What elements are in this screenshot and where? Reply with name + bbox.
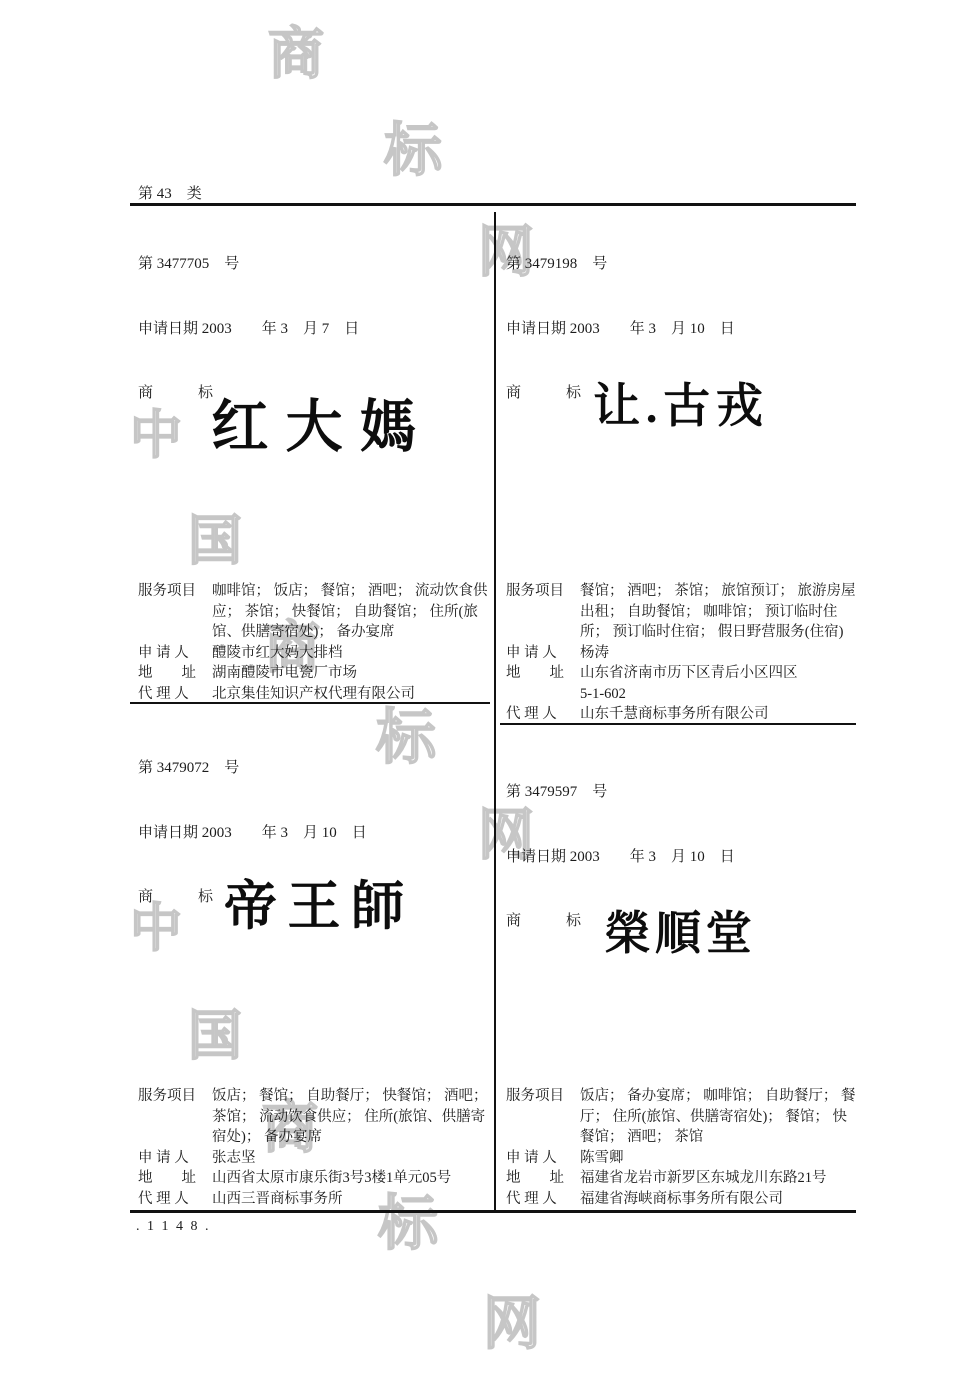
address-label: 地 址 (506, 663, 580, 684)
application-date: 申请日期 2003 年 3 月 10 日 (506, 319, 735, 341)
address-label: 地 址 (506, 1168, 580, 1189)
page-number: . 1 1 4 8 . (136, 1219, 211, 1235)
registration-number: 第 3479072 号 (138, 758, 367, 780)
application-date: 申请日期 2003 年 3 月 7 日 (138, 319, 359, 341)
services-value: 餐馆； 酒吧； 茶馆； 旅馆预订； 旅游房屋出租； 自助餐馆； 咖啡馆； 预订临… (580, 581, 856, 643)
address-value: 湖南醴陵市电瓷厂市场 (212, 663, 490, 684)
application-date: 申请日期 2003 年 3 月 10 日 (138, 823, 367, 845)
services-label: 服务项目 (138, 581, 212, 602)
applicant-value: 张志坚 (212, 1148, 490, 1169)
applicant-value: 陈雪卿 (580, 1148, 856, 1169)
application-date: 申请日期 2003 年 3 月 10 日 (506, 847, 735, 869)
registration-number: 第 3479198 号 (506, 254, 735, 276)
applicant-value: 杨涛 (580, 643, 856, 664)
class-header: 第 43 类 (138, 182, 202, 203)
address-label: 地 址 (138, 663, 212, 684)
applicant-label: 申 请 人 (506, 643, 580, 664)
services-value: 咖啡馆； 饭店； 餐馆； 酒吧； 流动饮食供应； 茶馆； 快餐馆； 自助餐馆； … (212, 581, 490, 643)
agent-value: 山东千慧商标事务所有限公司 (580, 704, 856, 725)
agent-label: 代 理 人 (138, 1189, 212, 1210)
record-details: 服务项目 饭店； 备办宴席； 咖啡馆； 自助餐厅； 餐厅； 住所(旅馆、供膳寄宿… (506, 1086, 856, 1209)
gazette-page: 商标网中国商标网中国商标网 第 43 类 第 3477705 号 申请日期 20… (0, 0, 980, 1400)
address-label: 地 址 (138, 1168, 212, 1189)
agent-label: 代 理 人 (138, 684, 212, 705)
column-divider (494, 212, 496, 1210)
agent-value: 山西三晋商标事务所 (212, 1189, 490, 1210)
services-label: 服务项目 (506, 1086, 580, 1107)
applicant-label: 申 请 人 (138, 1148, 212, 1169)
bottom-rule (130, 1210, 856, 1213)
trademark-logotype: 榮順堂 (500, 897, 856, 963)
content-layer: 第 43 类 第 3477705 号 申请日期 2003 年 3 月 7 日 商… (0, 0, 980, 1400)
record-details: 服务项目 饭店； 餐馆； 自助餐厅； 快餐馆； 酒吧； 茶馆； 流动饮食供应； … (138, 1086, 490, 1209)
services-value: 饭店； 餐馆； 自助餐厅； 快餐馆； 酒吧； 茶馆； 流动饮食供应； 住所(旅馆… (212, 1086, 490, 1148)
registration-number: 第 3479597 号 (506, 782, 735, 804)
record-details: 服务项目 餐馆； 酒吧； 茶馆； 旅馆预订； 旅游房屋出租； 自助餐馆； 咖啡馆… (506, 581, 856, 725)
applicant-label: 申 请 人 (138, 643, 212, 664)
address-value: 山西省太原市康乐街3号3楼1单元05号 (212, 1168, 490, 1189)
services-label: 服务项目 (506, 581, 580, 602)
services-label: 服务项目 (138, 1086, 212, 1107)
applicant-value: 醴陵市红大妈大排档 (212, 643, 490, 664)
agent-value: 福建省海峡商标事务所有限公司 (580, 1189, 856, 1210)
applicant-label: 申 请 人 (506, 1148, 580, 1169)
address-value: 福建省龙岩市新罗区东城龙川东路21号 (580, 1168, 856, 1189)
trademark-logotype: 让.古戎 (500, 369, 856, 436)
record-details: 服务项目 咖啡馆； 饭店； 餐馆； 酒吧； 流动饮食供应； 茶馆； 快餐馆； 自… (138, 581, 490, 704)
address-value: 山东省济南市历下区青后小区四区 5-1-602 (580, 663, 856, 704)
trademark-logotype: 帝王師 (138, 864, 490, 940)
trademark-logotype: 红大媽 (138, 381, 490, 463)
top-rule (130, 203, 856, 206)
agent-label: 代 理 人 (506, 704, 580, 725)
agent-value: 北京集佳知识产权代理有限公司 (212, 684, 490, 705)
agent-label: 代 理 人 (506, 1189, 580, 1210)
registration-number: 第 3477705 号 (138, 254, 359, 276)
services-value: 饭店； 备办宴席； 咖啡馆； 自助餐厅； 餐厅； 住所(旅馆、供膳寄宿处)； 餐… (580, 1086, 856, 1148)
